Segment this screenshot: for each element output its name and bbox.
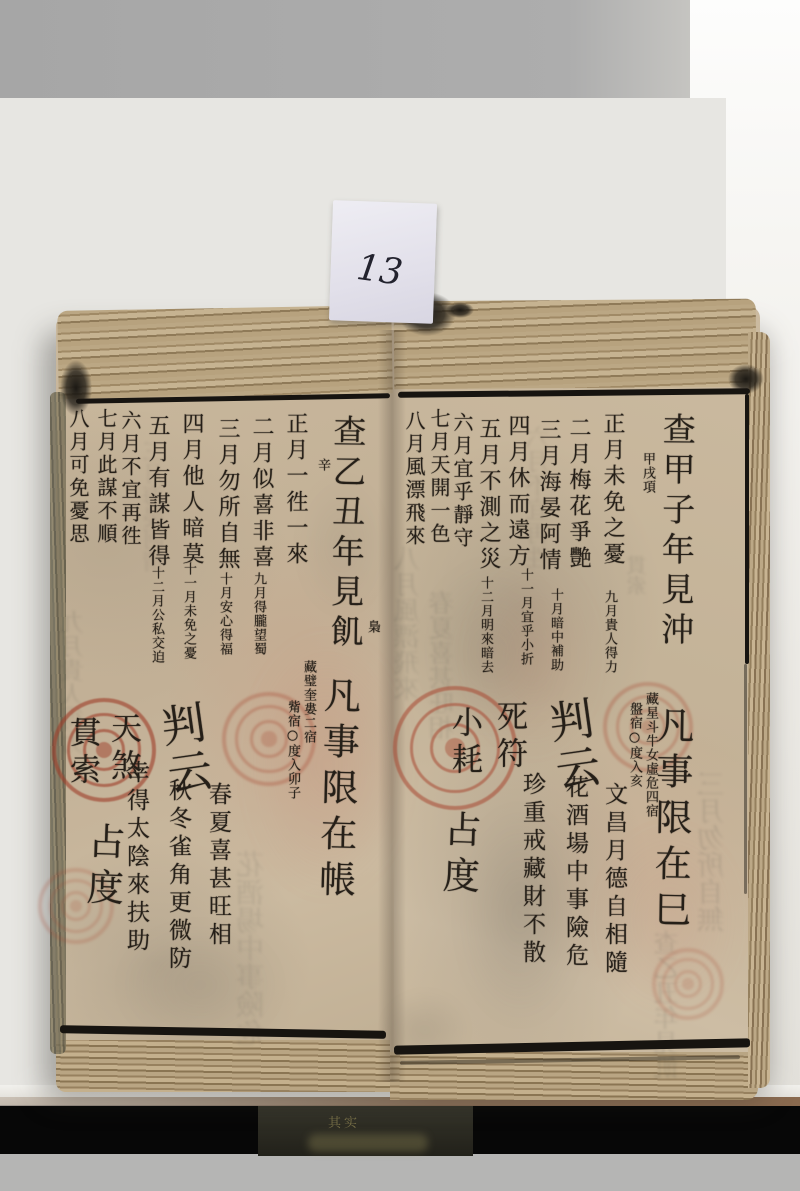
left-month-note-2: 十月安心得福 xyxy=(218,572,231,656)
right-page-title: 查甲子年見沖 xyxy=(659,412,694,652)
right-month-3: 三月海晏阿情 xyxy=(537,418,559,574)
book-spine-below-table: 其实 xyxy=(258,1106,473,1156)
frame-rule-right-vertical-faint xyxy=(744,664,747,894)
left-page-title-note: 梟 xyxy=(366,620,379,634)
frame-rule-right-vertical xyxy=(745,394,749,664)
left-month-5: 五月有謀皆得 xyxy=(146,414,168,570)
right-month-note-2: 十月暗中補助 xyxy=(549,588,562,672)
left-page-title-sidenote: 辛 xyxy=(316,458,329,472)
bleed-through-text: 貫索 xyxy=(628,555,648,595)
left-page-title: 查乙丑年見飢 xyxy=(328,414,364,654)
left-month-8: 八月可免憂思 xyxy=(68,408,88,546)
photo-scene: 其实 八月風漂飛來 九月貴人得力 花酒場中事險危 三月勿所自無 春夏喜甚旺相 六… xyxy=(0,0,800,1191)
left-star-2: 貫索 xyxy=(66,716,97,790)
page-number-text: 13 xyxy=(354,247,405,294)
right-star-2: 小耗 xyxy=(448,706,479,780)
spine-blurred-text xyxy=(308,1134,428,1152)
left-star-1: 天煞 xyxy=(107,712,138,786)
left-month-note-3: 十一月未免之憂 xyxy=(182,562,195,660)
left-page-limit-note1: 藏璧奎婁二宿 xyxy=(302,660,315,744)
right-month-5: 五月不測之災 xyxy=(477,417,499,573)
right-judgment-line-2: 花酒場中事險危 xyxy=(563,775,586,971)
right-month-note-1: 九月貴人得力 xyxy=(603,590,616,674)
right-judgment-line-3: 珍重戒藏財不散 xyxy=(520,772,543,968)
left-month-7: 七月此謀不順 xyxy=(96,408,116,546)
bleed-through-text: 三月勿所自無 xyxy=(700,770,727,932)
book-bottom-page-edges-left xyxy=(56,1040,390,1092)
page-number-slip: 13 xyxy=(329,200,437,324)
bleed-through-text: 花酒場中事險危 xyxy=(238,850,266,1046)
right-month-7: 七月天開一色 xyxy=(429,408,449,546)
right-page-limit-note1: 藏星斗牛女虛危四宿 xyxy=(644,692,657,818)
left-page-limit-note2: 觜宿○度入卯子 xyxy=(286,700,299,800)
right-month-4: 四月休而遠方 xyxy=(506,414,528,570)
left-page-limit-text: 凡事限在帳 xyxy=(315,676,358,907)
left-month-6: 六月不宜再徃 xyxy=(120,410,140,548)
right-judgment-line-1: 文昌月德自相隨 xyxy=(602,782,625,978)
left-judgment-line-2: 秋冬雀角更微防 xyxy=(166,778,189,974)
right-month-6: 六月宜乎靜守 xyxy=(452,412,472,550)
left-month-3: 三月勿所自無 xyxy=(216,417,238,573)
left-month-1: 正月一徃一來 xyxy=(284,412,306,568)
left-month-4: 四月他人暗莫 xyxy=(180,412,202,568)
right-month-1: 正月未免之憂 xyxy=(601,412,623,568)
left-month-2: 二月似喜非喜 xyxy=(250,415,272,571)
book-fore-edge xyxy=(748,332,770,1088)
ink-stain xyxy=(446,302,474,318)
bleed-through-text: 八月風漂飛來 xyxy=(396,545,422,701)
right-page-title-note: 甲戌項 xyxy=(641,452,654,494)
left-judgment-line-1: 春夏喜甚旺相 xyxy=(206,782,229,950)
gray-wash-stain xyxy=(380,990,470,1070)
left-month-note-1: 九月得朧望蜀 xyxy=(252,572,265,656)
left-month-note-4: 十二月公私交迫 xyxy=(150,566,163,664)
spine-title-text: 其实 xyxy=(328,1112,360,1131)
right-month-note-3: 十一月宜乎小折 xyxy=(519,568,532,666)
right-star-1: 死符 xyxy=(493,700,524,774)
right-month-2: 二月梅花爭艷 xyxy=(567,416,589,572)
left-divine-label: 占度 xyxy=(82,821,122,914)
background-wall xyxy=(0,0,710,100)
right-page-limit-note2: 盤宿○度入亥 xyxy=(628,702,641,788)
red-seal-stamp xyxy=(652,948,724,1020)
right-month-8: 八月風漂飛來 xyxy=(404,410,424,548)
right-month-note-4: 十二月明來暗去 xyxy=(479,576,492,674)
right-divine-label: 占度 xyxy=(438,809,478,902)
left-judgment-line-3: 幸得太陰來扶助 xyxy=(124,760,147,956)
floor-strip xyxy=(0,1154,800,1191)
